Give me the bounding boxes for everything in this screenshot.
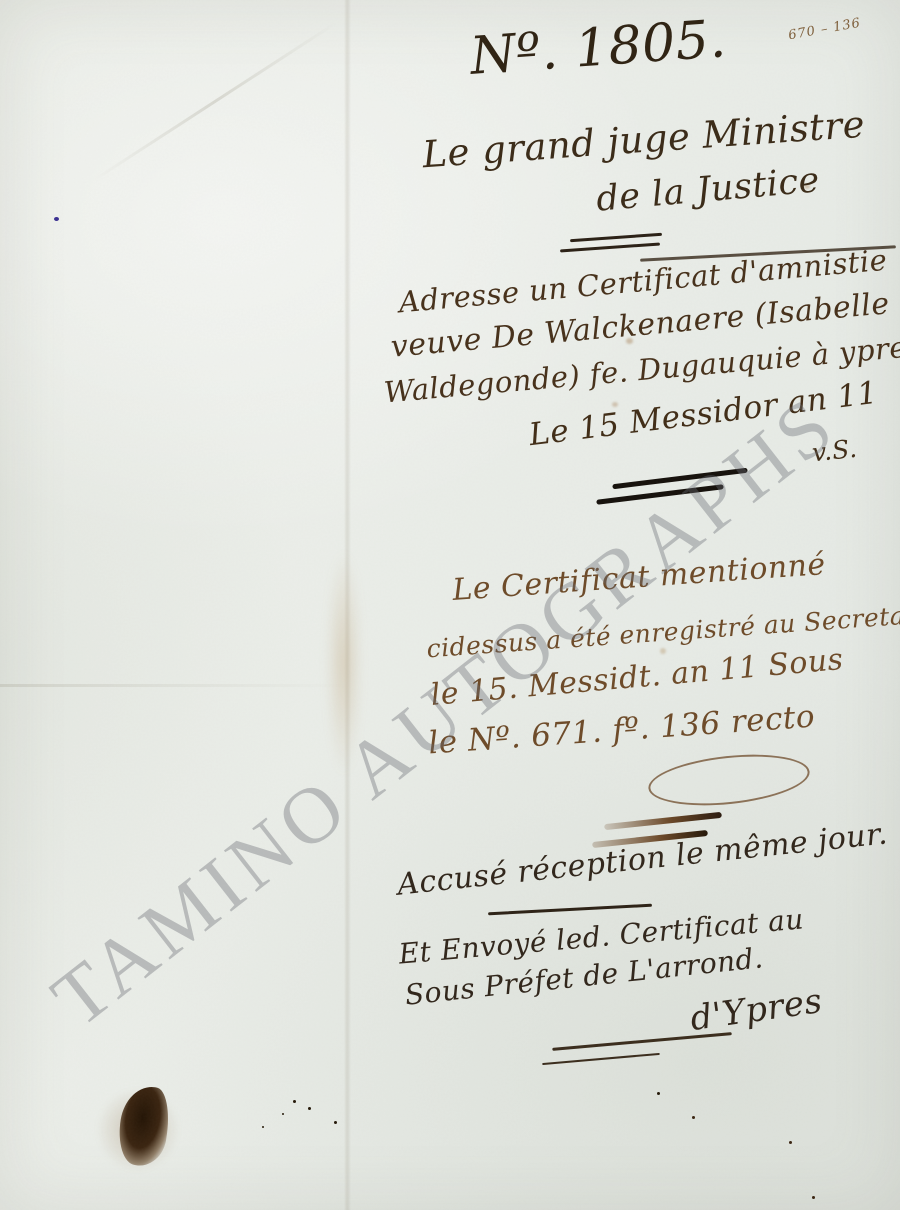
ink-speck — [262, 1126, 264, 1128]
doc-number: Nº. 1805. — [468, 9, 728, 87]
registration-flourish-oval — [646, 748, 812, 813]
ink-speck — [334, 1121, 337, 1124]
ink-speck — [293, 1100, 296, 1103]
ink-speck — [812, 1196, 815, 1199]
crease-stain — [326, 548, 362, 778]
blue-ink-dot — [54, 217, 59, 221]
foxing-spot — [660, 648, 666, 654]
ink-speck — [657, 1092, 660, 1095]
corner-number-annotation: 670 – 136 — [787, 16, 862, 44]
ink-speck — [282, 1113, 284, 1115]
title-underline-flourish — [570, 233, 662, 242]
diagonal-fold-crease — [93, 21, 338, 181]
dispatch-underline-flourish — [542, 1053, 660, 1065]
title-line-2: de la Justice — [595, 160, 822, 219]
dispatch-overline-flourish — [488, 904, 652, 915]
vertical-fold-crease — [344, 0, 351, 1210]
black-divider-stroke — [612, 468, 748, 490]
horizontal-fold-crease — [0, 684, 352, 687]
paraph-initials: v.S. — [811, 434, 859, 468]
receipt-line: Accusé réception le même jour. — [396, 816, 890, 902]
dispatch-underline-flourish — [552, 1032, 732, 1050]
ink-speck — [308, 1107, 311, 1110]
manuscript-page: 670 – 136 Nº. 1805. Le grand juge Minist… — [0, 0, 900, 1210]
brown-divider-stroke — [604, 812, 722, 830]
registration-line-1: Le Certificat mentionné — [451, 547, 827, 608]
title-underline-flourish — [560, 243, 660, 252]
ink-speck — [692, 1116, 695, 1119]
dispatch-line-3: d'Ypres — [688, 981, 825, 1039]
ink-speck — [789, 1141, 792, 1144]
